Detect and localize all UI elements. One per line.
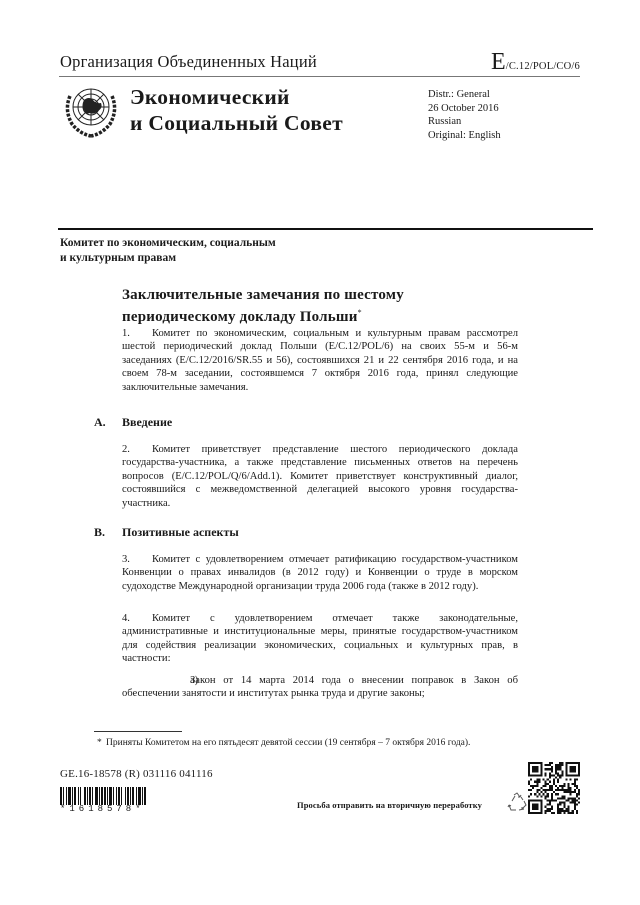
paragraph-3: 3.Комитет с удовлетворением отмечает рат… [122,553,518,593]
paragraph-number: 3. [122,553,152,566]
section-title: Введение [122,415,172,429]
symbol-rest: /C.12/POL/CO/6 [506,61,580,72]
subitem-label: a) [156,674,190,687]
paragraph-text: Комитет с удовлетворением отмечает также… [122,613,518,664]
document-symbol: E/C.12/POL/CO/6 [491,49,580,76]
paragraph-1: 1.Комитет по экономическим, социальным и… [122,327,518,394]
qr-code-icon [528,762,580,814]
barcode-text: *1618578* [60,804,145,814]
council-line-2: и Социальный Совет [130,110,343,136]
footnote-text: Приняты Комитетом на его пятьдесят девят… [106,738,470,748]
recycle-icon [506,791,528,813]
subitem-a: a)Закон от 14 марта 2014 года о внесении… [122,674,518,701]
language-line: Russian [428,115,501,129]
barcode-icon [60,787,152,805]
distribution-info: Distr.: General 26 October 2016 Russian … [428,88,501,142]
footnote-rule [94,731,182,732]
footnote-star: * [97,737,102,750]
document-title: Заключительные замечания по шестому пери… [122,286,404,326]
title-line-2: периодическому докладу Польши [122,309,358,325]
recycle-text: Просьба отправить на вторичную переработ… [297,800,482,810]
paragraph-4: 4.Комитет с удовлетворением отмечает так… [122,612,518,666]
paragraph-text: Комитет по экономическим, социальным и к… [122,328,518,393]
original-language-line: Original: English [428,129,501,143]
committee-name: Комитет по экономическим, социальным и к… [60,236,276,266]
committee-line-1: Комитет по экономическим, социальным [60,236,276,251]
council-line-1: Экономический [130,84,343,110]
title-line-1: Заключительные замечания по шестому [122,286,404,304]
section-rule [58,228,593,230]
paragraph-number: 4. [122,612,152,625]
paragraph-number: 1. [122,327,152,340]
committee-line-2: и культурным правам [60,251,276,266]
date-line: 26 October 2016 [428,102,501,116]
symbol-prefix: E [491,49,506,75]
council-title: Экономический и Социальный Совет [130,84,343,136]
section-letter: B. [94,526,105,539]
section-heading-a: A.Введение [122,416,518,429]
section-letter: A. [94,416,106,429]
footnote-marker: * [358,308,362,317]
distr-line: Distr.: General [428,88,501,102]
section-heading-b: B.Позитивные аспекты [122,526,518,539]
footnote: *Приняты Комитетом на его пятьдесят девя… [106,737,486,750]
paragraph-text: Комитет приветствует представление шесто… [122,444,518,509]
organization-name: Организация Объединенных Наций [60,52,317,72]
section-title: Позитивные аспекты [122,525,239,539]
un-emblem-icon [62,80,120,138]
paragraph-number: 2. [122,443,152,456]
job-number: GE.16-18578 (R) 031116 041116 [60,768,213,780]
header-rule [59,76,580,77]
paragraph-text: Комитет с удовлетворением отмечает ратиф… [122,554,518,592]
paragraph-2: 2.Комитет приветствует представление шес… [122,443,518,510]
